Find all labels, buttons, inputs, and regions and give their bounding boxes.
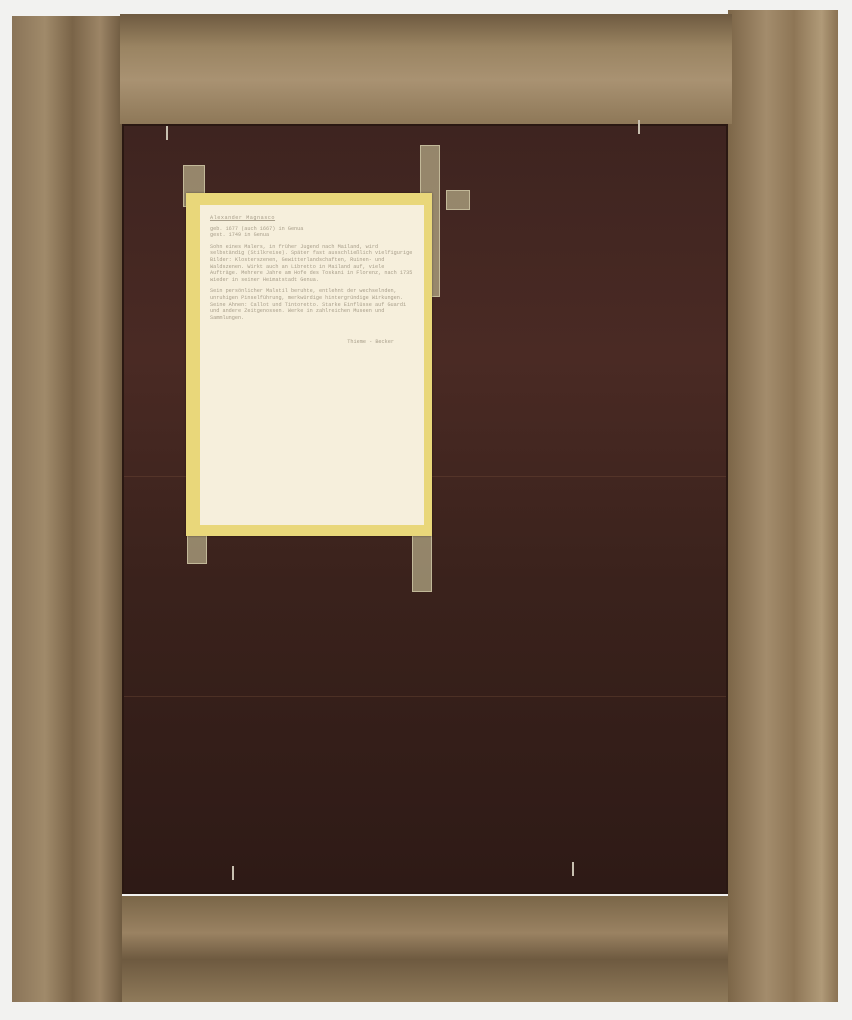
panel-seam xyxy=(124,696,726,697)
label-signature: Thieme - Becker xyxy=(210,339,414,346)
frame-nail xyxy=(572,862,574,876)
adhesive-tape xyxy=(446,190,470,210)
label-title: Alexander Magnasco xyxy=(210,215,414,222)
frame-nail xyxy=(638,120,640,134)
label-paragraph-1: Sohn eines Malers, in früher Jugend nach… xyxy=(210,244,414,284)
label-dates: geb. 1677 (auch 1667) in Genua gest. 174… xyxy=(210,226,414,239)
frame-bottom-rail xyxy=(122,896,728,1002)
label-paragraph-2: Sein persönlicher Malstil beruhte, entle… xyxy=(210,288,414,321)
frame-right-stile xyxy=(728,10,838,1002)
frame-nail xyxy=(166,126,168,140)
frame-nail xyxy=(232,866,234,880)
frame-top-rail xyxy=(120,14,732,124)
frame-left-stile xyxy=(12,16,122,1002)
typed-label: Alexander Magnasco geb. 1677 (auch 1667)… xyxy=(200,205,424,525)
